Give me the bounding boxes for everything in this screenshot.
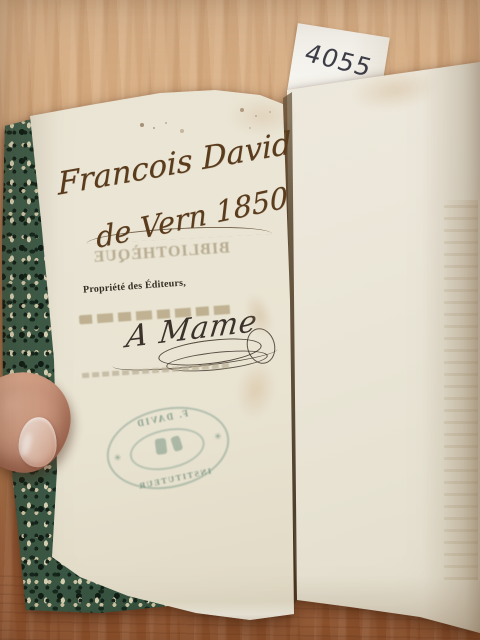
photo-antique-book: 4055 Francois David de Vern 1850 BIBLIOT… — [0, 0, 480, 640]
thumb-nail — [18, 417, 58, 468]
book: Francois David de Vern 1850 BIBLIOTHÈQUE… — [0, 0, 480, 640]
nail-shine-highlight — [19, 432, 34, 458]
